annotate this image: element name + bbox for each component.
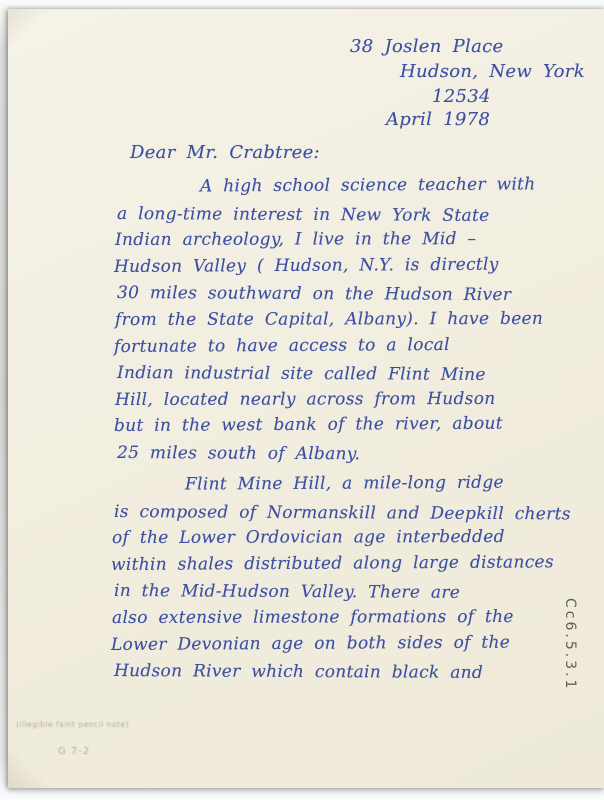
- letter-line: Lower Devonian age on both sides of the: [111, 629, 571, 658]
- letter-line: from the State Capital, Albany). I have …: [115, 306, 564, 334]
- pencil-code-annotation: G 7-2: [58, 746, 90, 757]
- letter-line: Flint Mine Hill, a mile-long ridge: [111, 469, 571, 498]
- letter-line: but in the west bank of the river, about: [114, 411, 564, 440]
- letter-line: Indian industrial site called Flint Mine: [117, 360, 564, 389]
- letter-line: 30 miles southward on the Hudson River: [117, 280, 564, 309]
- letter-paragraph-2: Flint Mine Hill, a mile-long ridge is co…: [111, 472, 571, 685]
- letter-paper: 38 Joslen Place Hudson, New York 12534 A…: [8, 9, 604, 788]
- letter-paragraph-1: A high school science teacher with a lon…: [114, 174, 564, 467]
- letter-line: of the Lower Ordovician age interbedded: [112, 524, 571, 552]
- salutation: Dear Mr. Crabtree:: [130, 142, 320, 163]
- letter-line: 25 miles south of Albany.: [117, 440, 564, 469]
- letter-line: also extensive limestone formations of t…: [112, 604, 571, 632]
- sender-address-line2: Hudson, New York: [400, 61, 585, 82]
- letter-line: Indian archeology, I live in the Mid –: [115, 226, 564, 254]
- letter-line: fortunate to have access to a local: [114, 331, 564, 360]
- pencil-annotation: (illegible faint pencil note): [16, 720, 129, 729]
- letter-line: Hudson River which contain black and: [114, 658, 571, 687]
- letter-line: Hill, located nearly across from Hudson: [115, 386, 564, 414]
- sender-address-line1: 38 Joslen Place: [350, 36, 503, 57]
- sender-address-zip: 12534: [432, 86, 491, 107]
- scanned-letter-page: 38 Joslen Place Hudson, New York 12534 A…: [0, 0, 604, 800]
- letter-date: April 1978: [386, 109, 490, 130]
- letter-line: within shales distributed along large di…: [111, 549, 571, 578]
- letter-line: Hudson Valley ( Hudson, N.Y. is directly: [114, 251, 564, 280]
- archive-code: Cc6.5.3.1: [562, 598, 578, 691]
- letter-line: A high school science teacher with: [114, 171, 564, 200]
- paper-crease-top-left: [8, 9, 128, 129]
